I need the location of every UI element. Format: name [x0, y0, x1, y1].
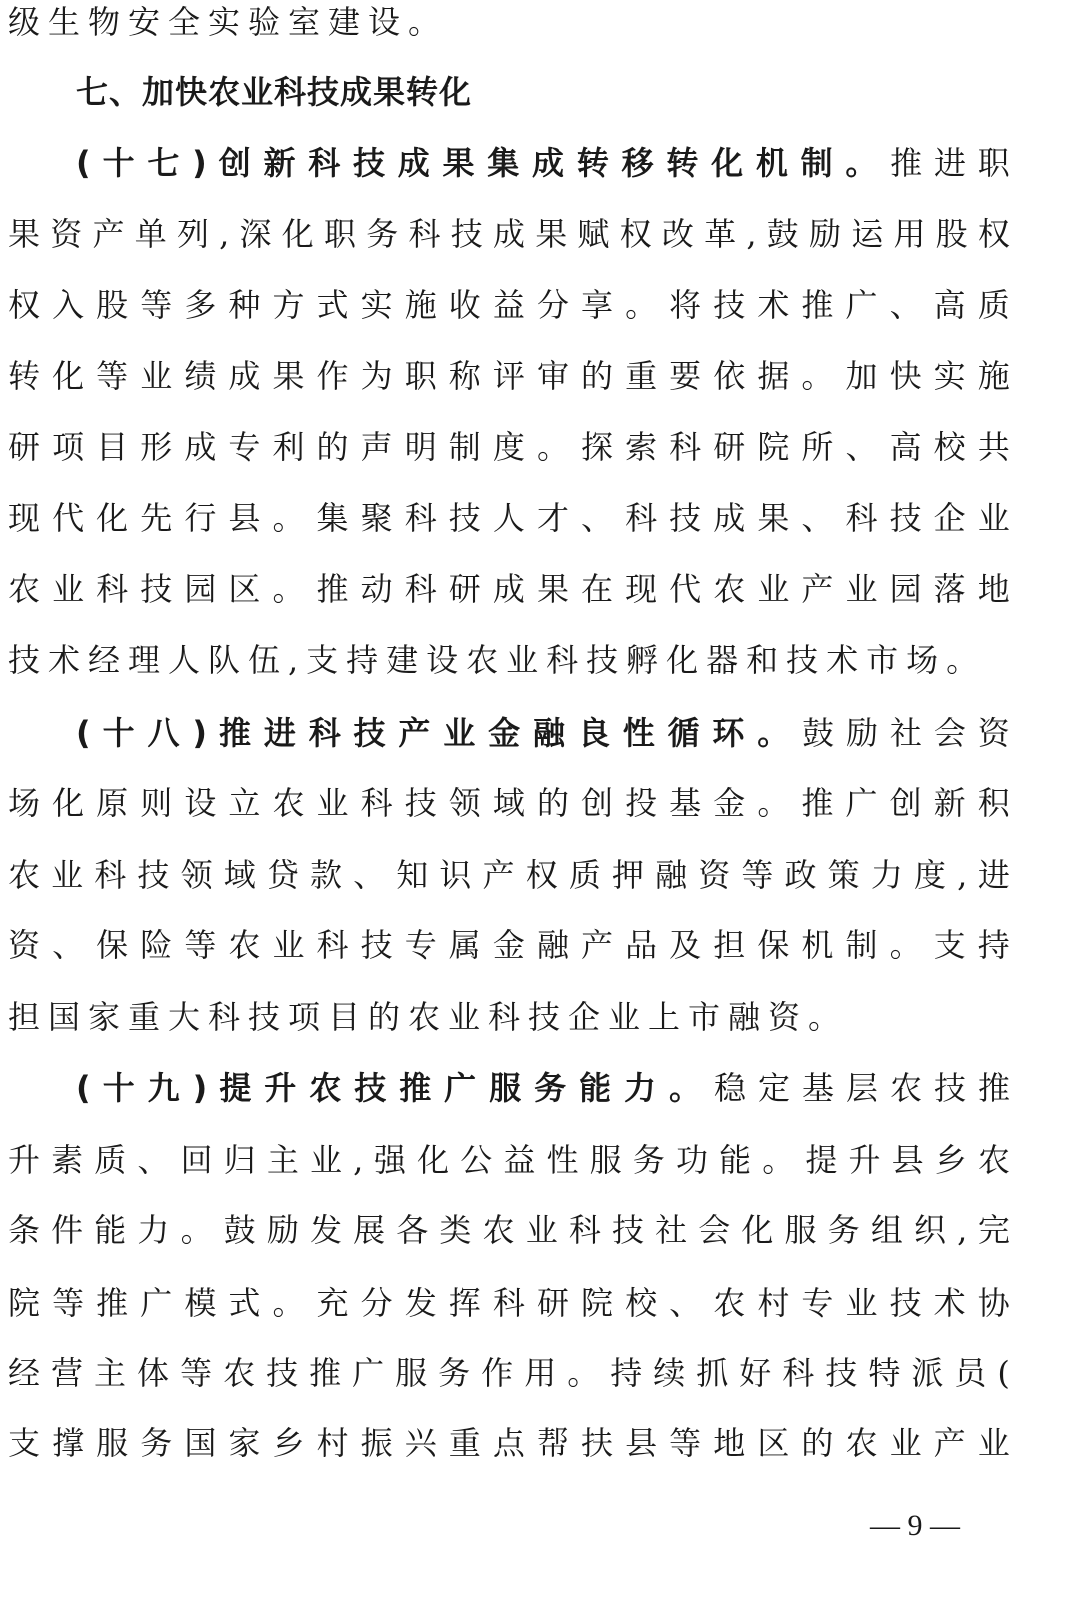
paragraph-line: 农 业 科 技 领 域 贷 款 、 知 识 产 权 质 押 融 资 等 政 策 …	[8, 853, 1010, 897]
paragraph-line: 级生物安全实验室建设。	[8, 0, 1010, 44]
paragraph-line: 资 、 保 险 等 农 业 科 技 专 属 金 融 产 品 及 担 保 机 制 …	[8, 923, 1010, 967]
paragraph-line: 果 资 产 单 列 , 深 化 职 务 科 技 成 果 赋 权 改 革 , 鼓 …	[8, 212, 1010, 256]
paragraph-line: 支 撑 服 务 国 家 乡 村 振 兴 重 点 帮 扶 县 等 地 区 的 农 …	[8, 1421, 1010, 1465]
paragraph-line: 现 代 化 先 行 县 。 集 聚 科 技 人 才 、 科 技 成 果 、 科 …	[8, 496, 1010, 540]
item-19-first-line: ( 十 九 ) 提 升 农 技 推 广 服 务 能 力 。 稳 定 基 层 农 …	[76, 1066, 1010, 1110]
item-17-title: ( 十 七 ) 创 新 科 技 成 果 集 成 转 移 转 化 机 制 。	[76, 144, 890, 182]
document-page: 级生物安全实验室建设。 七、加快农业科技成果转化 ( 十 七 ) 创 新 科 技…	[0, 0, 1080, 1615]
paragraph-line: 农 业 科 技 园 区 。 推 动 科 研 成 果 在 现 代 农 业 产 业 …	[8, 567, 1010, 611]
paragraph-line: 条 件 能 力 。 鼓 励 发 展 各 类 农 业 科 技 社 会 化 服 务 …	[8, 1208, 1010, 1252]
paragraph-line: 场 化 原 则 设 立 农 业 科 技 领 域 的 创 投 基 金 。 推 广 …	[8, 781, 1010, 825]
item-18-first-line: ( 十 八 ) 推 进 科 技 产 业 金 融 良 性 循 环 。 鼓 励 社 …	[76, 711, 1010, 755]
page-number: — 9 —	[850, 1506, 980, 1546]
paragraph-line: 技术经理人队伍,支持建设农业科技孵化器和技术市场。	[8, 638, 1010, 682]
paragraph-line: 权 入 股 等 多 种 方 式 实 施 收 益 分 享 。 将 技 术 推 广 …	[8, 283, 1010, 327]
paragraph-line: 升 素 质 、 回 归 主 业 , 强 化 公 益 性 服 务 功 能 。 提 …	[8, 1138, 1010, 1182]
item-17-first-line: ( 十 七 ) 创 新 科 技 成 果 集 成 转 移 转 化 机 制 。 推 …	[76, 141, 1010, 185]
paragraph-line: 院 等 推 广 模 式 。 充 分 发 挥 科 研 院 校 、 农 村 专 业 …	[8, 1281, 1010, 1325]
paragraph-line: 研 项 目 形 成 专 利 的 声 明 制 度 。 探 索 科 研 院 所 、 …	[8, 425, 1010, 469]
paragraph-line: 经 营 主 体 等 农 技 推 广 服 务 作 用 。 持 续 抓 好 科 技 …	[8, 1351, 1010, 1395]
item-19-title: ( 十 九 ) 提 升 农 技 推 广 服 务 能 力 。	[76, 1069, 714, 1107]
section-heading: 七、加快农业科技成果转化	[76, 70, 472, 114]
paragraph-line: 转 化 等 业 绩 成 果 作 为 职 称 评 审 的 重 要 依 据 。 加 …	[8, 354, 1010, 398]
paragraph-line: 担国家重大科技项目的农业科技企业上市融资。	[8, 995, 1010, 1039]
item-18-title: ( 十 八 ) 推 进 科 技 产 业 金 融 良 性 循 环 。	[76, 714, 802, 752]
